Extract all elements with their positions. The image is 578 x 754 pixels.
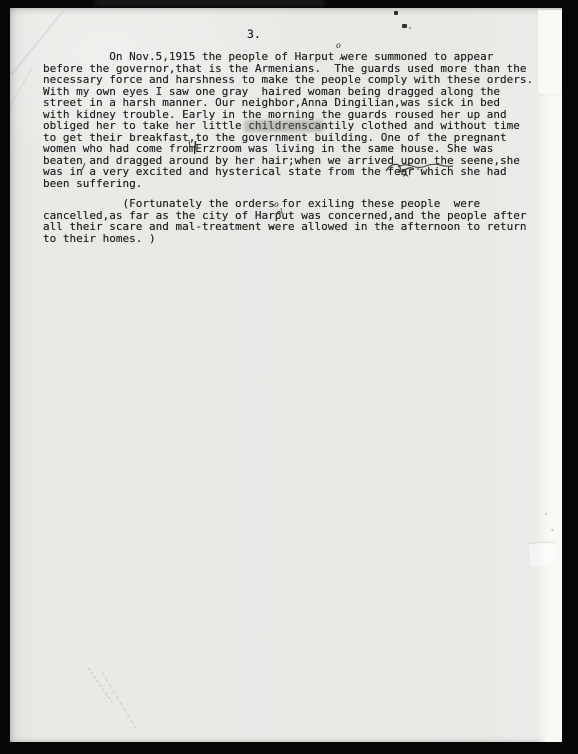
text-line: street in a harsh manner. Our neighbor,A… (43, 97, 533, 109)
paper-crease (88, 668, 112, 702)
text-line: On Nov.5,1915 the people of Harput were … (43, 51, 533, 63)
text-line: all their scare and mal-treatment were a… (43, 221, 526, 233)
insertion-caret-icon: ^ (402, 175, 410, 183)
paper-crease (102, 672, 138, 732)
ink-dot (394, 11, 398, 15)
handwritten-o-mark: o (336, 42, 341, 50)
insertion-caret-icon: ^ (338, 58, 346, 66)
paper-blemish (527, 541, 557, 567)
scan-background: 3. On Nov.5,1915 the people of Harput we… (0, 0, 578, 754)
handwritten-o-mark: o (274, 201, 279, 209)
text-line: to their homes. ) (43, 233, 526, 245)
erasure-smudge (244, 120, 324, 132)
paper-crease (10, 68, 32, 106)
document-page: 3. On Nov.5,1915 the people of Harput we… (10, 8, 562, 742)
ink-dot (409, 27, 411, 29)
text-line: necessary force and harshness to make th… (43, 74, 533, 86)
page-number: 3. (247, 27, 261, 41)
paragraph-2: (Fortunately the orders for exiling thes… (43, 198, 526, 244)
insertion-caret-icon: ^ (275, 212, 283, 220)
text-line: women who had come fromErzroom was livin… (43, 143, 533, 155)
page-corner-patch (538, 10, 562, 94)
insertion-caret-icon: ^ (268, 227, 276, 235)
paper-speck (551, 529, 554, 531)
ink-dot (402, 24, 407, 28)
text-line: (Fortunately the orders for exiling thes… (43, 198, 526, 210)
paper-speck (545, 513, 547, 515)
scan-border-smear (95, 0, 325, 6)
text-line: was in a very excited and hysterical sta… (43, 166, 533, 178)
text-line: been suffering. (43, 178, 533, 190)
page-edge-strip (536, 44, 562, 742)
